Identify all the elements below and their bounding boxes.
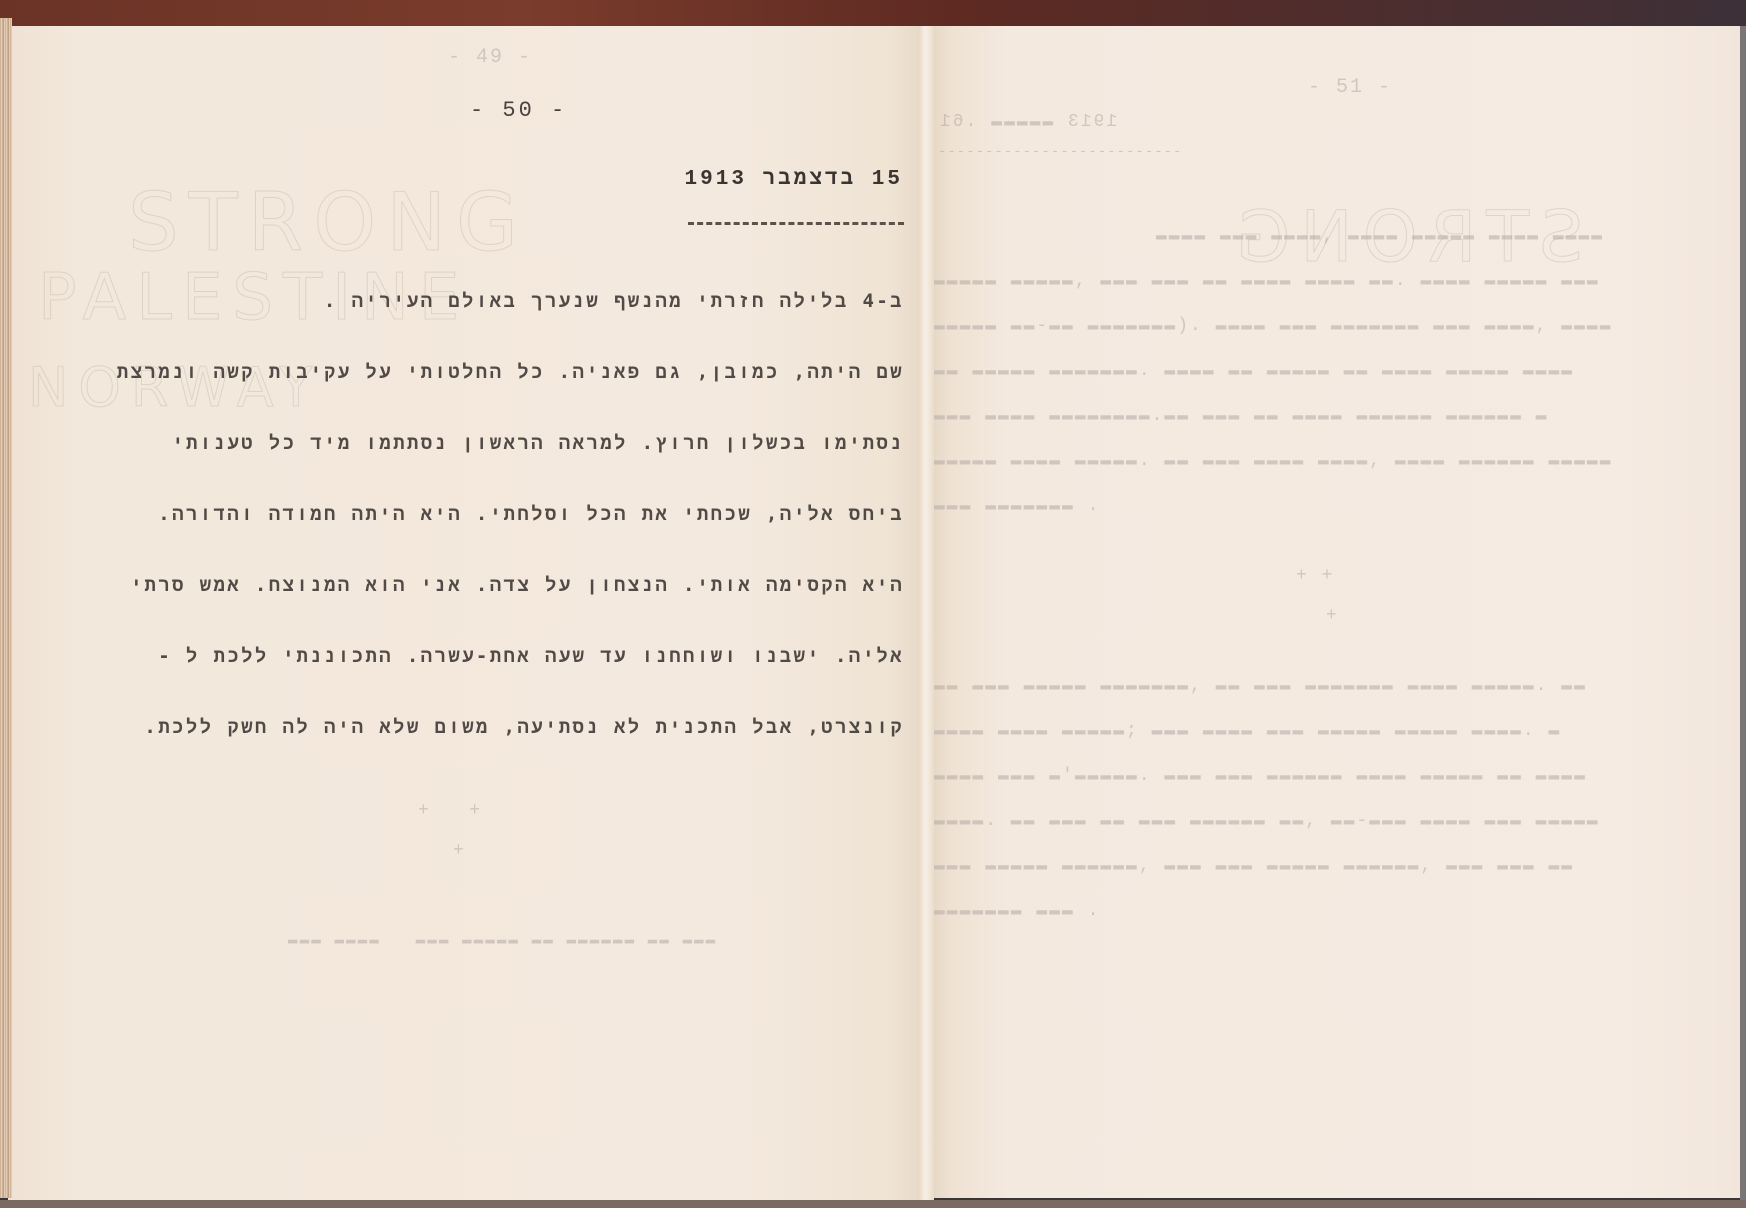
ghost-separator: + + [1296, 566, 1334, 586]
diary-line: שם היתה, כמובן, גם פאניה. כל החלטותי על … [28, 357, 904, 428]
left-page: STRONG PALESTINE NORWAY - 49 - + + + ▬▬▬… [8, 26, 928, 1200]
ghost-line: ▬▬▬▬ ▬▬▬ ▬'▬▬▬▬▬. ▬▬▬ ▬▬▬ ▬▬▬▬▬▬ ▬▬▬▬ ▬▬… [934, 766, 1587, 786]
ghost-line: ▬▬▬▬▬ ▬▬-▬▬ ▬▬▬▬▬▬▬). ▬▬▬▬ ▬▬▬ ▬▬▬▬▬▬▬ ▬… [934, 316, 1613, 336]
right-edge-shadow [1740, 26, 1746, 1208]
ghost-heading: 1913 ▬▬▬▬▬ .61 [938, 112, 1117, 132]
date-heading: 15 בדצמבר 1913 [685, 168, 903, 191]
diary-line: ב-4 בלילה חזרתי מהנשף שנערך באולם העיריה… [28, 286, 904, 357]
diary-entry-body: ב-4 בלילה חזרתי מהנשף שנערך באולם העיריה… [28, 286, 904, 783]
book-cover-edge [0, 0, 1746, 28]
diary-line: היא הקסימה אותי. הנצחון על צדה. אני הוא … [28, 570, 904, 641]
ghost-page-number: - 49 - [448, 46, 532, 69]
page-stack-edges [0, 18, 12, 1198]
ghost-line: ▬▬▬ ▬▬▬▬ ▬▬▬▬▬▬▬▬.▬▬ ▬▬▬ ▬▬ ▬▬▬▬ ▬▬▬▬▬▬ … [934, 406, 1548, 426]
right-page: STRONG - 51 - 1913 ▬▬▬▬▬ .61 -----------… [926, 26, 1744, 1198]
ghost-line: ▬▬▬▬▬ ▬▬▬▬▬, ▬▬▬ ▬▬▬ ▬▬ ▬▬▬▬ ▬▬▬▬ ▬▬. ▬▬… [934, 271, 1600, 291]
ghost-separator: + + [418, 801, 482, 821]
diary-line: קונצרט, אבל התכנית לא נסתיעה, משום שלא ה… [28, 712, 904, 783]
ghost-line: ▬▬▬▬ ▬▬▬ ▬▬▬▬, ▬▬▬▬ ▬▬▬▬▬ ▬▬▬▬ ▬▬▬▬ [1156, 226, 1604, 246]
ghost-page-number: - 51 - [1308, 76, 1392, 99]
ghost-line: ▬▬▬ ▬▬▬▬ ▬▬▬ ▬▬▬▬▬ ▬▬ ▬▬▬▬▬▬ ▬▬ ▬▬▬ [288, 931, 717, 949]
ghost-line: ▬▬▬▬. ▬▬ ▬▬▬ ▬▬ ▬▬▬ ▬▬▬▬▬▬ ▬▬, ▬▬-▬▬▬ ▬▬… [934, 811, 1600, 831]
ghost-line: ▬▬▬ ▬▬▬▬▬ ▬▬▬▬▬▬, ▬▬▬ ▬▬▬ ▬▬▬▬▬ ▬▬▬▬▬▬, … [934, 856, 1574, 876]
date-underline [688, 222, 904, 225]
ghost-separator-mark: + [1326, 606, 1339, 626]
ghost-line: ▬▬▬ ▬▬▬▬▬▬▬ . [934, 496, 1100, 516]
ghost-line: ▬▬ ▬▬▬ ▬▬▬▬▬ ▬▬▬▬▬▬▬, ▬▬ ▬▬▬ ▬▬▬▬▬▬▬ ▬▬▬… [934, 676, 1587, 696]
ghost-underline: -------------------------- [938, 144, 1182, 160]
diary-line: אליה. ישבנו ושוחחנו עד שעה אחת-עשרה. התכ… [28, 641, 904, 712]
ghost-line: ▬▬ ▬▬▬▬▬ ▬▬▬▬▬▬▬. ▬▬▬▬ ▬▬ ▬▬▬▬▬ ▬▬ ▬▬▬▬ … [934, 361, 1574, 381]
date-heading-wrap: 15 בדצמבר 1913 [8, 168, 903, 191]
book-gutter [918, 26, 934, 1202]
diary-line: ביחס אליה, שכחתי את הכל וסלחתי. היא היתה… [28, 499, 904, 570]
ghost-line: ▬▬▬▬▬▬▬ ▬▬▬ . [934, 901, 1100, 921]
page-number: - 50 - [470, 98, 567, 123]
bottom-edge [0, 1200, 1746, 1208]
ghost-line: ▬▬▬▬▬ ▬▬▬▬ ▬▬▬▬▬. ▬▬ ▬▬▬ ▬▬▬▬ ▬▬▬▬, ▬▬▬▬… [934, 451, 1613, 471]
diary-line: נסתימו בכשלון חרוץ. למראה הראשון נסתתמו … [28, 428, 904, 499]
book-spread-scan: STRONG PALESTINE NORWAY - 49 - + + + ▬▬▬… [0, 0, 1746, 1208]
ghost-separator-mark: + [453, 841, 466, 861]
ghost-line: ▬▬▬▬ ▬▬▬▬ ▬▬▬▬▬; ▬▬▬ ▬▬▬▬ ▬▬▬ ▬▬▬▬▬ ▬▬▬▬… [934, 721, 1561, 741]
